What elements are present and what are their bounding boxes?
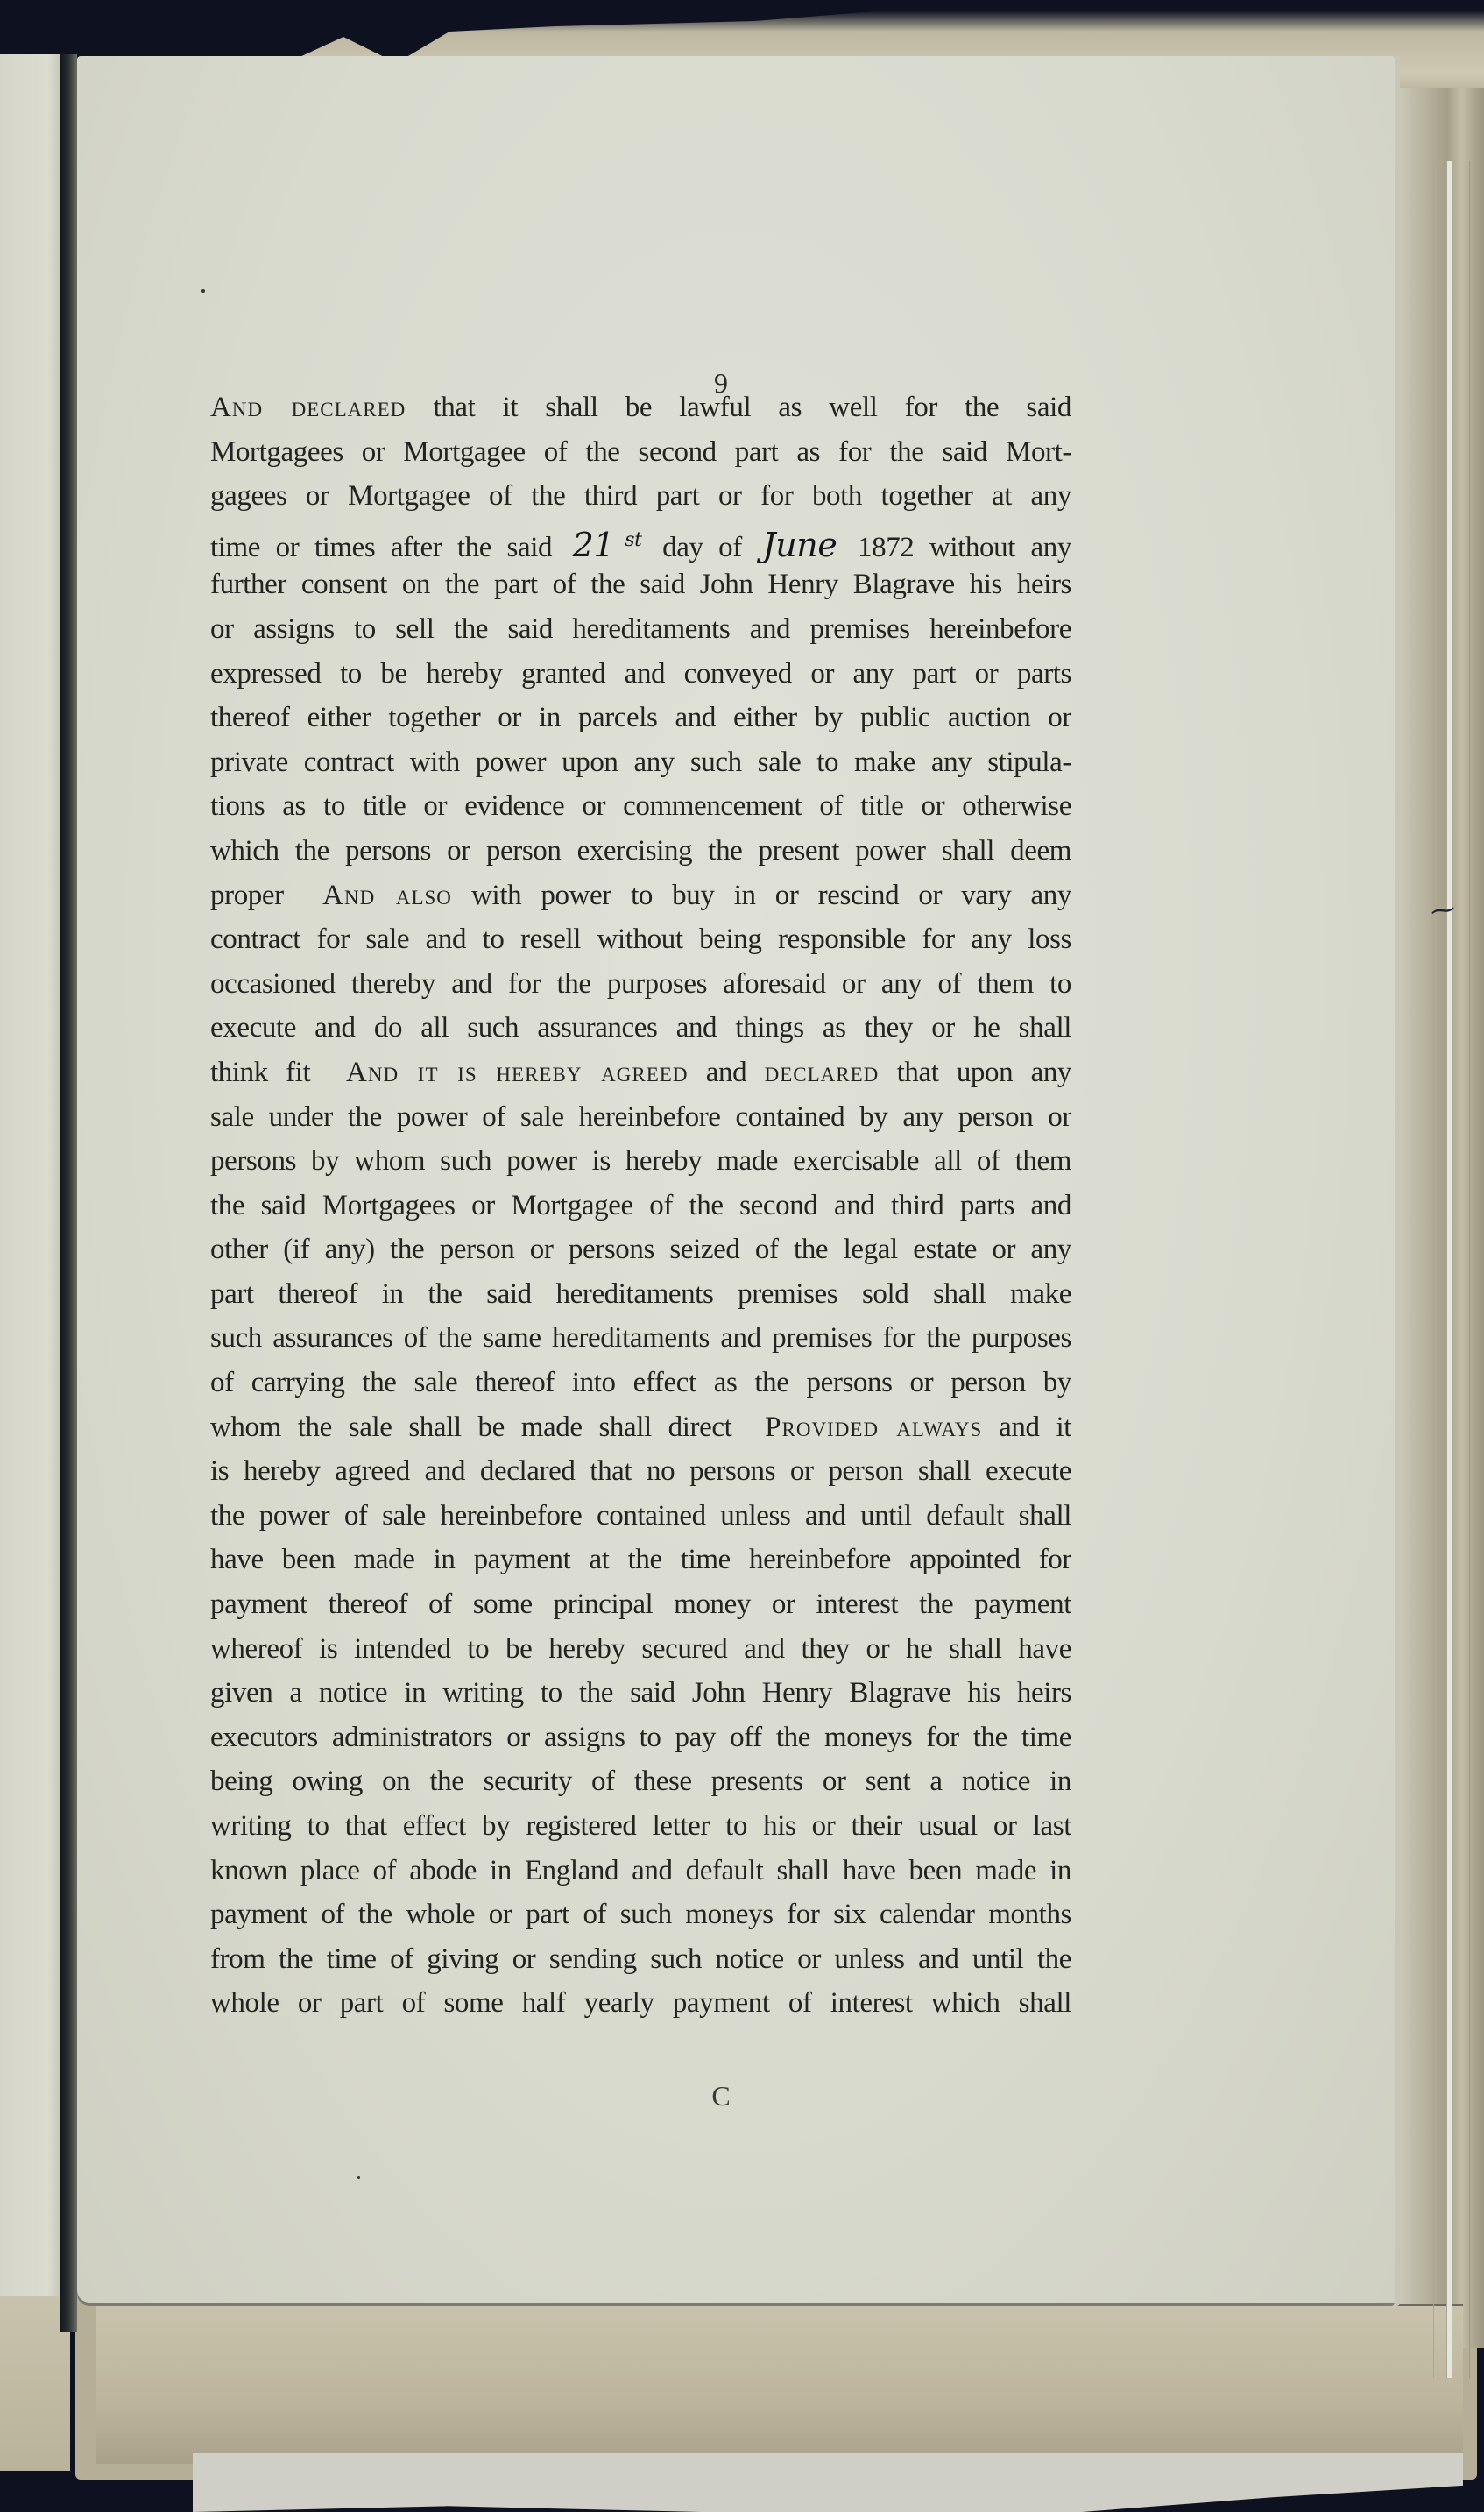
text-segment: whereof is intended to be hereby secured… (210, 1633, 1071, 1665)
text-line: expressed to be hereby granted and conve… (210, 652, 1071, 697)
text-segment: think fit (210, 1057, 346, 1088)
text-segment: payment of the whole or part of such mon… (210, 1899, 1071, 1930)
text-line: sale under the power of sale hereinbefor… (210, 1095, 1071, 1140)
text-line: being owing on the security of these pre… (210, 1759, 1071, 1804)
small-caps-phrase: And also (322, 880, 452, 911)
text-segment: persons by whom such power is hereby mad… (210, 1145, 1071, 1177)
ink-speck (357, 2176, 360, 2179)
signature-mark: C (77, 2080, 1365, 2112)
text-segment: proper (210, 880, 322, 911)
text-segment: from the time of giving or sending such … (210, 1943, 1071, 1975)
text-line: from the time of giving or sending such … (210, 1937, 1071, 1982)
text-segment: the power of sale hereinbefore contained… (210, 1500, 1071, 1532)
margin-ink-mark: ⁓ (1429, 894, 1457, 927)
text-segment: sale under the power of sale hereinbefor… (210, 1101, 1071, 1133)
text-segment: payment thereof of some principal money … (210, 1589, 1071, 1620)
text-segment: execute and do all such assurances and t… (210, 1012, 1071, 1044)
ink-speck (201, 289, 205, 293)
text-line: of carrying the sale thereof into effect… (210, 1361, 1071, 1405)
small-caps-phrase: And declared (210, 392, 406, 423)
text-segment: further consent on the part of the said … (210, 569, 1071, 600)
text-segment: time or times after the said (210, 532, 568, 563)
small-caps-phrase: And it is hereby agreed (346, 1057, 688, 1088)
text-segment: whom the sale shall be made shall direct (210, 1412, 765, 1443)
text-segment: gagees or Mortgagee of the third part or… (210, 480, 1071, 512)
text-line: such assurances of the same hereditament… (210, 1316, 1071, 1361)
text-segment: and it (982, 1412, 1071, 1443)
text-line: executors administrators or assigns to p… (210, 1716, 1071, 1760)
handwritten-entry: June (757, 526, 842, 563)
text-line: writing to that effect by registered let… (210, 1804, 1071, 1849)
text-segment: day of (647, 532, 758, 563)
text-line: part thereof in the said hereditaments p… (210, 1272, 1071, 1317)
text-segment: being owing on the security of these pre… (210, 1765, 1071, 1797)
text-segment: expressed to be hereby granted and conve… (210, 658, 1071, 690)
book-bottom-pages (96, 2304, 1463, 2464)
text-segment: thereof either together or in parcels an… (210, 702, 1071, 733)
text-line: known place of abode in England and defa… (210, 1849, 1071, 1893)
text-segment: of carrying the sale thereof into effect… (210, 1367, 1071, 1398)
page-edge-lines (1433, 161, 1470, 2378)
text-line: thereof either together or in parcels an… (210, 696, 1071, 740)
text-segment: 1872 without any (842, 532, 1071, 563)
text-line: other (if any) the person or persons sei… (210, 1228, 1071, 1272)
text-segment: private contract with power upon any suc… (210, 747, 1071, 778)
text-segment: other (if any) the person or persons sei… (210, 1234, 1071, 1265)
text-line: is hereby agreed and declared that no pe… (210, 1449, 1071, 1494)
text-line: proper And also with power to buy in or … (210, 874, 1071, 918)
text-line: the power of sale hereinbefore contained… (210, 1494, 1071, 1539)
text-line: whom the sale shall be made shall direct… (210, 1405, 1071, 1450)
text-line: further consent on the part of the said … (210, 563, 1071, 607)
handwritten-ordinal: st (619, 529, 647, 551)
text-line: And declared that it shall be lawful as … (210, 386, 1071, 430)
handwritten-entry: 21 (568, 526, 620, 563)
text-segment: or assigns to sell the said hereditament… (210, 613, 1071, 645)
text-segment: and (688, 1057, 764, 1088)
text-line: private contract with power upon any suc… (210, 740, 1071, 785)
text-segment: occasioned thereby and for the purposes … (210, 968, 1071, 1000)
text-segment: part thereof in the said hereditaments p… (210, 1278, 1071, 1310)
text-line: whereof is intended to be hereby secured… (210, 1627, 1071, 1672)
text-segment: that upon any (879, 1057, 1071, 1088)
text-line: occasioned thereby and for the purposes … (210, 962, 1071, 1007)
text-line: payment thereof of some principal money … (210, 1582, 1071, 1627)
text-segment: executors administrators or assigns to p… (210, 1722, 1071, 1753)
text-line: tions as to title or evidence or commenc… (210, 784, 1071, 829)
text-segment: writing to that effect by registered let… (210, 1810, 1071, 1842)
text-line: the said Mortgagees or Mortgagee of the … (210, 1184, 1071, 1228)
text-line: given a notice in writing to the said Jo… (210, 1671, 1071, 1716)
text-segment: with power to buy in or rescind or vary … (452, 880, 1071, 911)
text-segment: contract for sale and to resell without … (210, 923, 1071, 955)
text-segment: which the persons or person exercising t… (210, 835, 1071, 867)
text-line: or assigns to sell the said hereditament… (210, 607, 1071, 652)
text-segment: have been made in payment at the time he… (210, 1544, 1071, 1575)
text-segment: such assurances of the same hereditament… (210, 1322, 1071, 1354)
text-line: persons by whom such power is hereby mad… (210, 1139, 1071, 1184)
text-line: think fit And it is hereby agreed and de… (210, 1051, 1071, 1095)
text-line: payment of the whole or part of such mon… (210, 1893, 1071, 1937)
text-line: time or times after the said 21st day of… (210, 519, 1071, 563)
text-segment: whole or part of some half yearly paymen… (210, 1987, 1071, 2019)
text-line: contract for sale and to resell without … (210, 917, 1071, 962)
text-line: execute and do all such assurances and t… (210, 1006, 1071, 1051)
text-line: whole or part of some half yearly paymen… (210, 1981, 1071, 2026)
text-line: gagees or Mortgagee of the third part or… (210, 474, 1071, 519)
text-line: Mortgagees or Mortgagee of the second pa… (210, 430, 1071, 475)
small-caps-phrase: Provided always (765, 1412, 982, 1443)
text-segment: given a notice in writing to the said Jo… (210, 1677, 1071, 1709)
facing-left-page (0, 54, 60, 2310)
text-line: have been made in payment at the time he… (210, 1538, 1071, 1582)
text-segment: the said Mortgagees or Mortgagee of the … (210, 1190, 1071, 1221)
text-segment: known place of abode in England and defa… (210, 1855, 1071, 1886)
deed-text-body: And declared that it shall be lawful as … (210, 386, 1071, 2026)
book-gutter (60, 54, 77, 2332)
torn-bottom-edge (193, 2453, 1463, 2512)
text-segment: Mortgagees or Mortgagee of the second pa… (210, 436, 1071, 468)
text-segment: tions as to title or evidence or commenc… (210, 790, 1071, 822)
text-segment: that it shall be lawful as well for the … (406, 392, 1071, 423)
text-segment: is hereby agreed and declared that no pe… (210, 1455, 1071, 1487)
text-line: which the persons or person exercising t… (210, 829, 1071, 874)
small-caps-phrase: declared (765, 1057, 880, 1088)
